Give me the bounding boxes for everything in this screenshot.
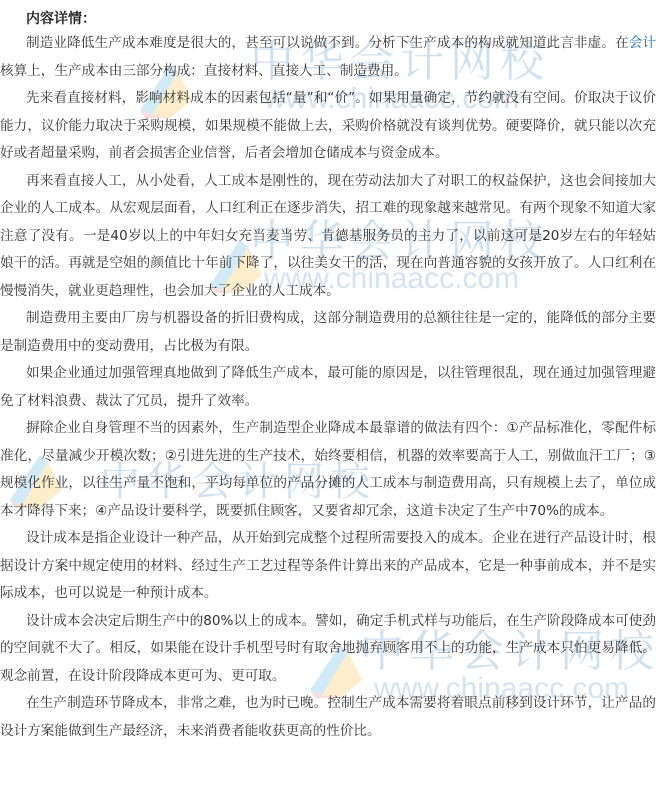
paragraph-design-cost: 设计成本是指企业设计一种产品，从开始到完成整个过程所需要投入的成本。企业在进行产… [0,525,656,608]
paragraph-manufacturing-overhead: 制造费用主要由厂房与机器设备的折旧费构成，这部分制造费用的总额往往是一定的，能降… [0,305,656,360]
paragraph-conclusion: 在生产制造环节降成本，非常之难，也为时已晚。控制生产成本需要将着眼点前移到设计环… [0,690,656,745]
paragraph-management: 如果企业通过加强管理真地做到了降低生产成本，最可能的原因是，以往管理很乱，现在通… [0,360,656,415]
paragraph-four-methods: 摒除企业自身管理不当的因素外，生产制造型企业降成本最靠谱的做法有四个：①产品标准… [0,415,656,525]
paragraph-text: 制造业降低生产成本难度是很大的，甚至可以说做不到。分析下生产成本的构成就知道此言… [26,35,629,51]
paragraph-text: 核算上，生产成本由三部分构成：直接材料、直接人工、制造费用。 [0,63,408,79]
paragraph-direct-labor: 再来看直接人工，从小处看，人工成本是刚性的，现在劳动法加大了对职工的权益保护，这… [0,168,656,306]
content-details-heading: 内容详情： [0,0,656,30]
paragraph-intro: 制造业降低生产成本难度是很大的，甚至可以说做不到。分析下生产成本的构成就知道此言… [0,30,656,85]
article-body: 内容详情： 制造业降低生产成本难度是很大的，甚至可以说做不到。分析下生产成本的构… [0,0,656,745]
paragraph-design-impact: 设计成本会决定后期生产中的80%以上的成本。譬如，确定手机式样与功能后，在生产阶… [0,608,656,691]
accounting-link[interactable]: 会计 [629,35,656,51]
paragraph-direct-materials: 先来看直接材料，影响材料成本的因素包括“量”和“价”。如果用量确定，节约就没有空… [0,85,656,168]
